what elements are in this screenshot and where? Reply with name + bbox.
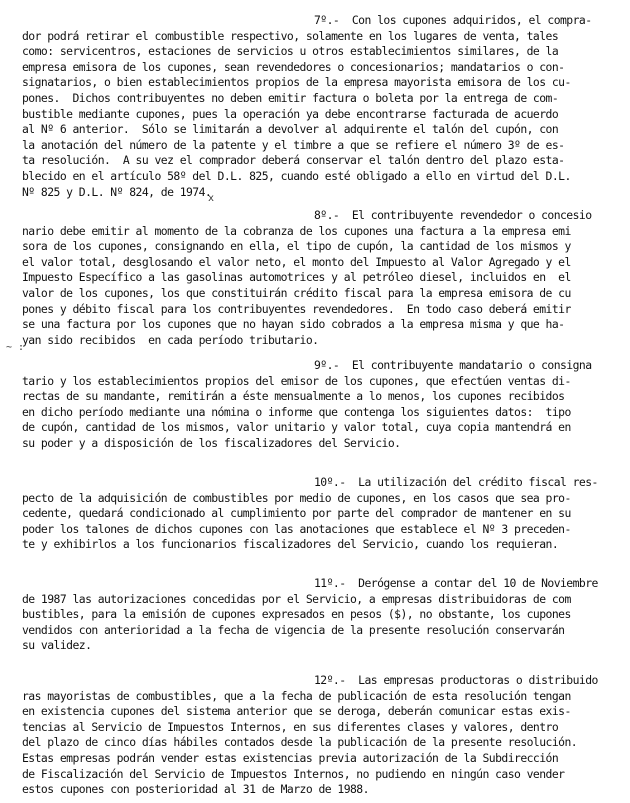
section-7-line-4: empresa emisora de los cupones, sean rev…: [22, 60, 622, 76]
section-8: 8º.- El contribuyente revendedor o conce…: [22, 208, 622, 348]
section-11-line-3: bustibles, para la emisión de cupones ex…: [22, 607, 622, 623]
section-12-line-5: del plazo de cinco días hábiles contados…: [22, 735, 622, 751]
section-12-line-2: ras mayoristas de combustibles, que a la…: [22, 689, 622, 705]
section-9: 9º.- El contribuyente mandatario o consi…: [22, 358, 622, 452]
section-12-line-7: de Fiscalización del Servicio de Impuest…: [22, 767, 622, 783]
section-9-line-2: tario y los establecimientos propios del…: [22, 374, 622, 390]
section-7-line-9: la anotación del número de la patente y …: [22, 138, 622, 154]
section-8-line-6: valor de los cupones, los que constituir…: [22, 286, 622, 302]
section-8-line-7: pones y débito fiscal para los contribuy…: [22, 302, 622, 318]
scanned-document-page: 7º.- Con los cupones adquiridos, el comp…: [0, 0, 630, 803]
margin-mark: ~ :: [6, 342, 24, 353]
section-9-line-4: en dicho período mediante una nómina o i…: [22, 405, 622, 421]
section-12: 12º.- Las empresas productoras o distrib…: [22, 673, 622, 798]
section-10-line-3: cedente, quedará condicionado al cumplim…: [22, 506, 622, 522]
section-8-line-9: yan sido recibidos en cada período tribu…: [22, 333, 622, 349]
section-11-line-5: su validez.: [22, 638, 622, 654]
section-8-line-2: nario debe emitir al momento de la cobra…: [22, 224, 622, 240]
section-12-line-6: Estas empresas podrán vender estas exist…: [22, 751, 622, 767]
section-12-line-3: en existencia cupones del sistema anteri…: [22, 704, 622, 720]
section-7-line-11: blecido en el artículo 58º del D.L. 825,…: [22, 169, 622, 185]
section-7-line-6: pones. Dichos contribuyentes no deben em…: [22, 91, 622, 107]
section-11-line-2: de 1987 las autorizaciones concedidas po…: [22, 592, 622, 608]
section-11: 11º.- Derógense a contar del 10 de Novie…: [22, 576, 622, 654]
section-7-line-8: al Nº 6 anterior. Sólo se limitarán a de…: [22, 122, 622, 138]
section-12-line-1: 12º.- Las empresas productoras o distrib…: [22, 673, 622, 689]
section-8-line-4: el valor total, desglosando el valor net…: [22, 255, 622, 271]
section-8-line-5: Impuesto Específico a las gasolinas auto…: [22, 270, 622, 286]
section-8-line-8: se una factura por los cupones que no ha…: [22, 317, 622, 333]
section-11-line-4: vendidos con anterioridad a la fecha de …: [22, 623, 622, 639]
section-9-line-1: 9º.- El contribuyente mandatario o consi…: [22, 358, 622, 374]
section-9-line-3: rectas de su mandante, remitirán a éste …: [22, 389, 622, 405]
section-10: 10º.- La utilización del crédito fiscal …: [22, 475, 622, 553]
section-7-line-10: ta resolución. A su vez el comprador deb…: [22, 153, 622, 169]
section-10-line-2: pecto de la adquisición de combustibles …: [22, 491, 622, 507]
section-10-line-4: poder los talones de dichos cupones con …: [22, 522, 622, 538]
margin-mark: x: [208, 193, 214, 204]
section-7-line-7: bustible mediante cupones, pues la opera…: [22, 107, 622, 123]
section-7-line-5: signatarios, o bien establecimientos pro…: [22, 75, 622, 91]
section-10-line-5: te y exhibirlos a los funcionarios fisca…: [22, 537, 622, 553]
section-7-line-2: dor podrá retirar el combustible respect…: [22, 29, 622, 45]
section-7-line-3: como: servicentros, estaciones de servic…: [22, 44, 622, 60]
section-7-line-12: Nº 825 y D.L. Nº 824, de 1974.: [22, 185, 622, 201]
section-12-line-8: estos cupones con posterioridad al 31 de…: [22, 782, 622, 798]
section-7-line-1: 7º.- Con los cupones adquiridos, el comp…: [22, 13, 622, 29]
section-9-line-5: de cupón, cantidad de los mismos, valor …: [22, 420, 622, 436]
section-10-line-1: 10º.- La utilización del crédito fiscal …: [22, 475, 622, 491]
section-12-line-4: tencias al Servicio de Impuestos Interno…: [22, 720, 622, 736]
section-8-line-1: 8º.- El contribuyente revendedor o conce…: [22, 208, 622, 224]
section-9-line-6: su poder y a disposición de los fiscaliz…: [22, 436, 622, 452]
section-7: 7º.- Con los cupones adquiridos, el comp…: [22, 13, 622, 200]
section-8-line-3: sora de los cupones, consignando en ella…: [22, 239, 622, 255]
section-11-line-1: 11º.- Derógense a contar del 10 de Novie…: [22, 576, 622, 592]
